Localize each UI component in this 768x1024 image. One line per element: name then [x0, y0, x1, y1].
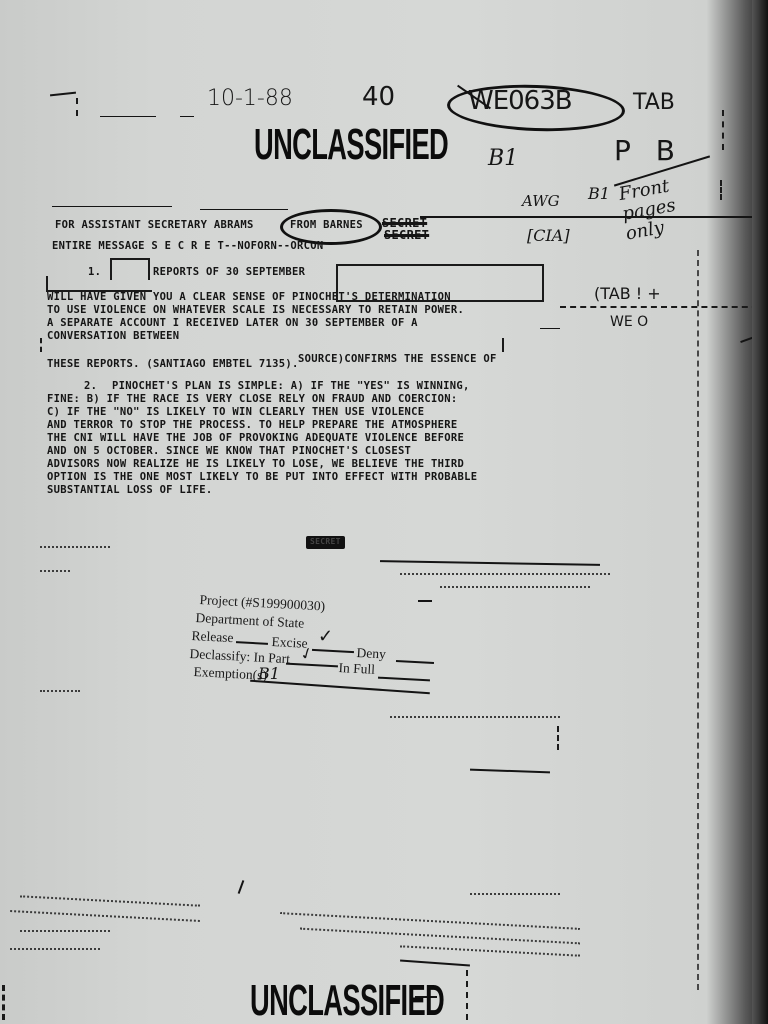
release-blank	[396, 660, 434, 663]
header-struck-classification-2: SECRET	[384, 229, 429, 242]
handwritten-date: 10-1-88	[207, 86, 293, 111]
footer-classification-mark: SECRET	[306, 536, 345, 549]
rule	[560, 306, 768, 308]
release-option-deny: Deny	[356, 645, 386, 663]
paragraph2-line: PINOCHET'S PLAN IS SIMPLE: A) IF THE "YE…	[112, 380, 470, 393]
scan-noise	[418, 600, 432, 602]
scan-noise	[280, 912, 580, 930]
paragraph1-line: THESE REPORTS. (SANTIAGO EMBTEL 7135).	[47, 358, 299, 371]
header-from: FROM BARNES	[290, 219, 363, 232]
handwritten-b1-right: B1	[588, 184, 610, 203]
page-edge-shadow	[752, 0, 768, 1024]
scan-noise	[470, 769, 550, 774]
paragraph2-number: 2.	[84, 380, 97, 393]
paragraph1-line: REPORTS OF 30 SEPTEMBER	[153, 266, 305, 279]
scan-noise	[380, 560, 600, 566]
release-blank	[250, 680, 430, 694]
release-option-release: Release	[191, 628, 234, 646]
handwritten-aug: AWG	[522, 192, 560, 210]
stray-mark	[180, 116, 194, 117]
scan-noise	[40, 690, 80, 692]
margin-mark	[720, 180, 722, 200]
paragraph1-line: TO USE VIOLENCE ON WHATEVER SCALE IS NEC…	[47, 304, 464, 317]
release-blank	[378, 677, 430, 681]
paragraph2-line: OPTION IS THE ONE MOST LIKELY TO BE PUT …	[47, 471, 477, 484]
scan-noise	[40, 546, 110, 548]
scan-noise	[20, 895, 200, 906]
scan-noise	[2, 985, 5, 1020]
margin-mark	[540, 328, 560, 329]
handwritten-b1-left: B1	[488, 146, 518, 171]
release-option-in-full: In Full	[338, 660, 375, 678]
scan-noise	[390, 716, 560, 718]
rule	[420, 216, 768, 218]
handwritten-front-pages: Front pages only	[617, 172, 706, 245]
scan-noise	[440, 586, 590, 588]
redaction-box	[46, 276, 152, 292]
paragraph2-line: SUBSTANTIAL LOSS OF LIFE.	[47, 484, 213, 497]
scan-noise	[40, 570, 70, 572]
scan-noise	[20, 930, 110, 932]
margin-mark	[722, 110, 724, 150]
excise-checkmark: ✓	[318, 626, 333, 647]
release-blank	[236, 641, 268, 644]
in-part-checkmark: ✓	[297, 642, 316, 664]
paragraph2-line: THE CNI WILL HAVE THE JOB OF PROVOKING A…	[47, 432, 464, 445]
handwritten-tab: TAB	[633, 90, 675, 115]
scanned-document-page: 10-1-88 40 WE063B TAB UNCLASSIFIED B1 P …	[0, 0, 768, 1024]
margin-mark	[697, 250, 699, 990]
classification-top: UNCLASSIFIED	[254, 120, 448, 170]
paragraph2-line: ADVISORS NOW REALIZE HE IS LIKELY TO LOS…	[47, 458, 464, 471]
redaction-box	[40, 338, 504, 352]
scan-noise	[557, 726, 559, 750]
rule	[52, 206, 172, 207]
scan-noise	[300, 928, 580, 945]
stray-mark	[50, 92, 76, 97]
paragraph1-line: SOURCE)CONFIRMS THE ESSENCE OF	[298, 353, 497, 366]
scan-noise	[470, 893, 560, 895]
handwritten-we-note: WE O	[610, 314, 648, 330]
stray-mark	[76, 98, 78, 116]
scan-noise	[466, 970, 468, 1020]
release-blank	[312, 649, 354, 653]
handwritten-tab-note: (TAB ! +	[594, 284, 661, 303]
release-blank	[286, 663, 338, 667]
handwritten-code: WE063B	[468, 86, 572, 116]
stray-mark	[100, 116, 156, 117]
header-handling: ENTIRE MESSAGE S E C R E T--NOFORN--ORCO…	[52, 240, 323, 253]
scan-noise	[400, 945, 580, 956]
scan-noise	[10, 948, 100, 950]
rule	[200, 209, 288, 210]
handwritten-number: 40	[362, 82, 395, 112]
handwritten-cia: [CIA]	[527, 226, 570, 245]
paragraph2-line: C) IF THE "NO" IS LIKELY TO WIN CLEARLY …	[47, 406, 424, 419]
handwritten-pb: P B	[614, 134, 683, 167]
scan-noise	[10, 910, 200, 922]
paragraph2-line: FINE: B) IF THE RACE IS VERY CLOSE RELY …	[47, 393, 458, 406]
scan-noise	[400, 573, 610, 575]
scan-noise	[400, 960, 470, 967]
scan-noise	[238, 880, 245, 894]
paragraph1-line: A SEPARATE ACCOUNT I RECEIVED LATER ON 3…	[47, 317, 418, 330]
classification-bottom: UNCLASSIFIED	[250, 976, 444, 1024]
paragraph2-line: AND ON 5 OCTOBER. SINCE WE KNOW THAT PIN…	[47, 445, 411, 458]
paragraph1-line: WILL HAVE GIVEN YOU A CLEAR SENSE OF PIN…	[47, 291, 451, 304]
header-addressee: FOR ASSISTANT SECRETARY ABRAMS	[55, 219, 254, 232]
paragraph2-line: AND TERROR TO STOP THE PROCESS. TO HELP …	[47, 419, 458, 432]
